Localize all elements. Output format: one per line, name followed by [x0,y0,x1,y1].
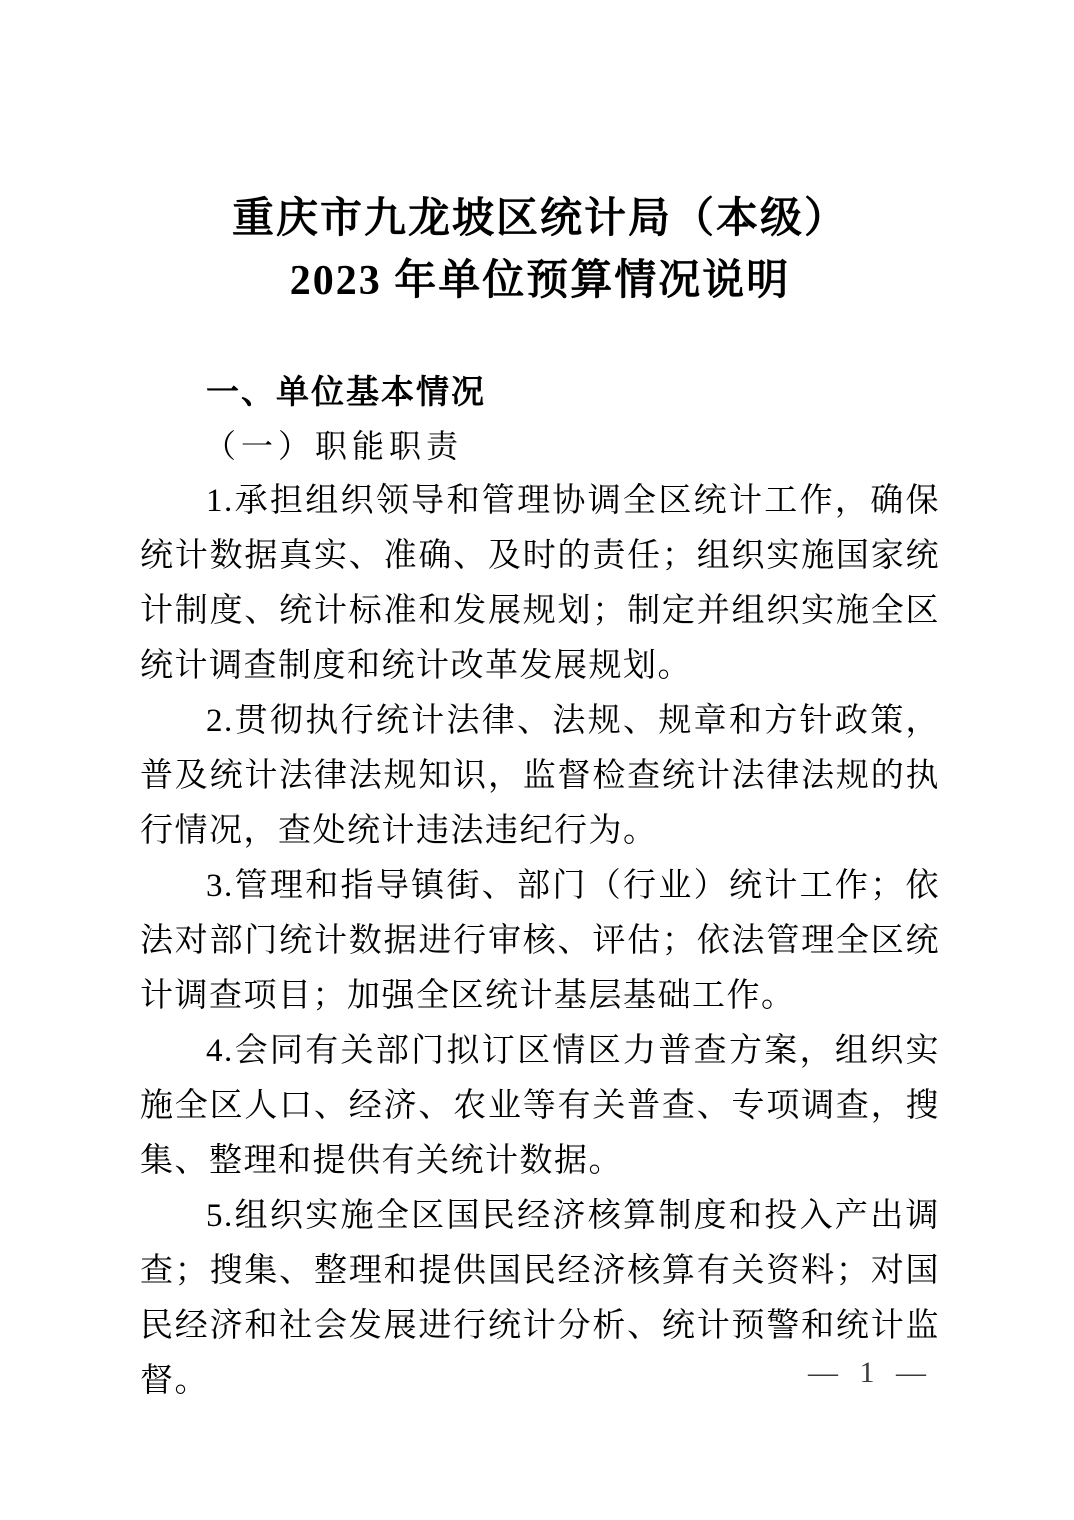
document-page: 重庆市九龙坡区统计局（本级） 2023 年单位预算情况说明 一、单位基本情况 （… [0,0,1074,1520]
document-title: 重庆市九龙坡区统计局（本级） 2023 年单位预算情况说明 [140,188,940,312]
body-text: 1.承担组织领导和管理协调全区统计工作，确保统计数据真实、准确、及时的责任；组织… [140,474,940,1409]
section-heading-unit-basic-info: 一、单位基本情况 [140,364,940,419]
paragraph-3: 3.管理和指导镇街、部门（行业）统计工作；依法对部门统计数据进行审核、评估；依法… [140,859,940,1024]
paragraph-1: 1.承担组织领导和管理协调全区统计工作，确保统计数据真实、准确、及时的责任；组织… [140,474,940,694]
subsection-heading-functions-duties: （一）职能职责 [140,419,940,474]
paragraph-2: 2.贯彻执行统计法律、法规、规章和方针政策，普及统计法律法规知识，监督检查统计法… [140,694,940,859]
document-title-line2: 2023 年单位预算情况说明 [140,250,940,312]
document-title-line1: 重庆市九龙坡区统计局（本级） [140,188,940,250]
paragraph-4: 4.会同有关部门拟订区情区力普查方案，组织实施全区人口、经济、农业等有关普查、专… [140,1024,940,1189]
page-number: — 1 — [808,1356,933,1390]
